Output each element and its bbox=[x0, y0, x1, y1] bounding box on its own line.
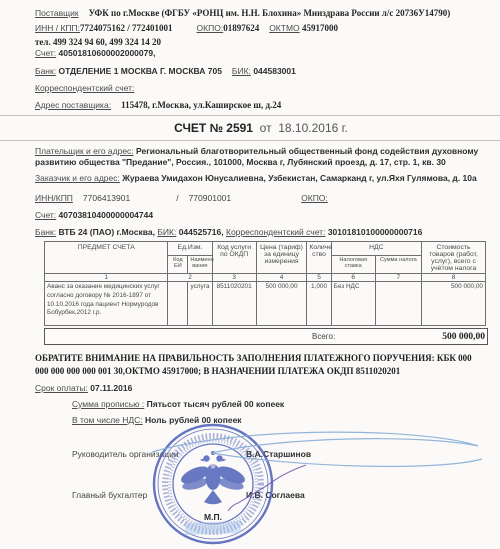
payer-inn-line: ИНН/КПП7706413901/770901001ОКПО: bbox=[35, 193, 487, 203]
invoice-document: ПоставщикУФК по г.Москве (ФГБУ «РОНЦ им.… bbox=[0, 0, 500, 500]
col-vat-sum: Сумма налога bbox=[375, 255, 421, 273]
col-subject: ПРЕДМЕТ СЧЕТА bbox=[45, 242, 168, 274]
item-vat-rate: Без НДС bbox=[331, 282, 375, 326]
due-date-line: Срок оплаты: 07.11.2016 bbox=[35, 383, 487, 393]
head-signature-row: Руководитель организации В.А.Старшинов bbox=[35, 449, 487, 459]
vat-words-line: В том числе НДС: Ноль рублей 00 копеек bbox=[35, 415, 487, 425]
col-num-6: 6 bbox=[331, 274, 375, 282]
supplier-address-label: Адрес поставщика: bbox=[35, 100, 111, 110]
payer-account-label: Счет: bbox=[35, 210, 56, 220]
supplier-label: Поставщик bbox=[35, 8, 79, 18]
accountant-signature-row: Главный бухгалтер И.В. Соглаева bbox=[35, 490, 487, 500]
head-name: В.А.Старшинов bbox=[246, 449, 311, 459]
payer-inn-label: ИНН/КПП bbox=[35, 193, 73, 203]
payer-account-line: Счет: 40703810400000004744 bbox=[35, 210, 487, 220]
item-unit-code bbox=[168, 282, 188, 326]
total-label: Всего: bbox=[312, 332, 335, 341]
amount-words-value: Пятьсот тысяч рублей 00 копеек bbox=[147, 399, 285, 409]
supplier-account-label: Счет: bbox=[35, 48, 56, 58]
supplier-inn-line: ИНН / КПП:7724075162 / 772401001ОКПО:018… bbox=[35, 23, 487, 33]
amount-words-label: Сумма прописью : bbox=[72, 399, 144, 409]
customer-label: Заказчик и его адрес: bbox=[35, 173, 120, 183]
item-cost: 500 000,00 bbox=[422, 282, 486, 326]
payment-warning: ОБРАТИТЕ ВНИМАНИЕ НА ПРАВИЛЬНОСТЬ ЗАПОЛН… bbox=[35, 352, 487, 376]
invoice-number: СЧЕТ № 2591 bbox=[174, 121, 253, 135]
item-price: 500 000,00 bbox=[256, 282, 307, 326]
supplier-oktmo-label: ОКТМО bbox=[269, 23, 299, 33]
due-date-label: Срок оплаты: bbox=[35, 383, 88, 393]
supplier-inn-value: 7724075162 / 772401001 bbox=[80, 23, 173, 33]
supplier-bik-label: БИК: bbox=[232, 66, 251, 76]
col-cost: Стоимость товаров (работ, услуг), всего … bbox=[422, 242, 486, 274]
payer-bank-line: Банк: ВТБ 24 (ПАО) г.Москва, БИК: 044525… bbox=[35, 227, 487, 237]
payer-label: Плательщик и его адрес: bbox=[35, 146, 134, 156]
payer-bik-label: БИК: bbox=[157, 227, 176, 237]
item-unit-name: услуга bbox=[188, 282, 212, 326]
col-num-7: 7 bbox=[375, 274, 421, 282]
payer-inn-value: 7706413901 bbox=[83, 193, 130, 203]
supplier-okpo-value: 01897624 bbox=[223, 23, 259, 33]
supplier-line: ПоставщикУФК по г.Москве (ФГБУ «РОНЦ им.… bbox=[35, 8, 487, 18]
payer-corr-label: Корреспондентский счет: bbox=[226, 227, 325, 237]
col-price: Цена (тариф) за единицу измерения bbox=[256, 242, 307, 274]
accountant-name: И.В. Соглаева bbox=[246, 490, 305, 500]
invoice-date: 18.10.2016 г. bbox=[278, 121, 348, 135]
table-row: Аванс за оказание медицинских услуг согл… bbox=[45, 282, 486, 326]
col-unit: Ед.Изм. bbox=[168, 242, 212, 256]
payer-account-value: 40703810400000004744 bbox=[59, 210, 154, 220]
due-date-value: 07.11.2016 bbox=[90, 383, 132, 393]
payer-corr-value: 30101810100000000716 bbox=[328, 227, 423, 237]
col-qty: Количе ство bbox=[307, 242, 331, 274]
payer-bank-value: ВТБ 24 (ПАО) г.Москва, bbox=[58, 227, 154, 237]
supplier-account-line: Счет: 40501810600002000079, bbox=[35, 48, 487, 58]
invoice-of: от bbox=[260, 121, 272, 135]
column-number-row: 1 2 3 4 5 6 7 8 bbox=[45, 274, 486, 282]
customer-value: Жураева Умидахон Юнусалиевна, Узбекистан… bbox=[122, 173, 477, 183]
vat-words-value: Ноль рублей 00 копеек bbox=[145, 415, 242, 425]
item-description: Аванс за оказание медицинских услуг согл… bbox=[45, 282, 168, 326]
col-num-1: 1 bbox=[45, 274, 168, 282]
payer-line: Плательщик и его адрес: Региональный бла… bbox=[35, 146, 487, 169]
payer-kpp-value: 770901001 bbox=[189, 193, 232, 203]
supplier-bank-line: Банк: ОТДЕЛЕНИЕ 1 МОСКВА Г. МОСКВА 705БИ… bbox=[35, 66, 487, 76]
supplier-okpo-label: ОКПО: bbox=[197, 23, 224, 33]
supplier-account-value: 40501810600002000079, bbox=[59, 48, 156, 58]
supplier-address-line: Адрес поставщика:115478, г.Москва, ул.Ка… bbox=[35, 100, 487, 110]
supplier-bank-value: ОТДЕЛЕНИЕ 1 МОСКВА Г. МОСКВА 705 bbox=[58, 66, 221, 76]
col-okdp: Код услуги по ОКДП bbox=[212, 242, 256, 274]
col-num-4: 4 bbox=[256, 274, 307, 282]
supplier-corr-line: Корреспондентский счет: bbox=[35, 83, 487, 93]
supplier-bik-value: 044583001 bbox=[253, 66, 296, 76]
items-table: ПРЕДМЕТ СЧЕТА Ед.Изм. Код услуги по ОКДП… bbox=[44, 241, 486, 326]
payer-inn-slash: / bbox=[176, 193, 178, 203]
supplier-inn-label: ИНН / КПП: bbox=[35, 23, 80, 33]
supplier-phone-line: тел. 499 324 94 60, 499 324 14 20 bbox=[35, 37, 487, 47]
supplier-bank-label: Банк: bbox=[35, 66, 56, 76]
item-okdp: 8511020201 bbox=[212, 282, 256, 326]
payer-bik-value: 044525716, bbox=[179, 227, 224, 237]
supplier-address-value: 115478, г.Москва, ул.Каширское ш, д.24 bbox=[121, 100, 281, 110]
supplier-corr-label: Корреспондентский счет: bbox=[35, 83, 134, 93]
item-vat-sum bbox=[375, 282, 421, 326]
col-num-8: 8 bbox=[422, 274, 486, 282]
supplier-name: УФК по г.Москве (ФГБУ «РОНЦ им. Н.Н. Бло… bbox=[89, 8, 451, 18]
item-qty: 1,000 bbox=[307, 282, 331, 326]
vat-words-label: В том числе НДС: bbox=[72, 415, 143, 425]
col-vat-rate: Налоговая ставка bbox=[331, 255, 375, 273]
signature-block: Руководитель организации В.А.Старшинов Г… bbox=[35, 449, 487, 500]
head-label: Руководитель организации bbox=[35, 449, 246, 459]
col-num-2: 2 bbox=[168, 274, 212, 282]
payer-bank-label: Банк: bbox=[35, 227, 56, 237]
divider-top bbox=[0, 115, 500, 116]
amount-words-line: Сумма прописью : Пятьсот тысяч рублей 00… bbox=[35, 399, 487, 409]
col-num-3: 3 bbox=[212, 274, 256, 282]
invoice-title: СЧЕТ № 2591 от 18.10.2016 г. bbox=[35, 121, 487, 135]
divider-title bbox=[0, 140, 500, 141]
col-unit-code: Код ЕИ bbox=[168, 255, 188, 273]
accountant-label: Главный бухгалтер bbox=[35, 490, 246, 500]
col-unit-name: Наимено вание bbox=[188, 255, 212, 273]
payer-okpo-label: ОКПО: bbox=[301, 193, 328, 203]
customer-line: Заказчик и его адрес: Жураева Умидахон Ю… bbox=[35, 173, 487, 184]
total-row: Всего: 500 000,00 bbox=[44, 328, 488, 345]
stamp-mp-label: М.П. bbox=[204, 512, 222, 522]
total-value: 500 000,00 bbox=[442, 332, 485, 342]
col-num-5: 5 bbox=[307, 274, 331, 282]
supplier-oktmo-value: 45917000 bbox=[302, 23, 338, 33]
col-vat: НДС bbox=[331, 242, 421, 256]
supplier-phone: тел. 499 324 94 60, 499 324 14 20 bbox=[35, 37, 161, 47]
